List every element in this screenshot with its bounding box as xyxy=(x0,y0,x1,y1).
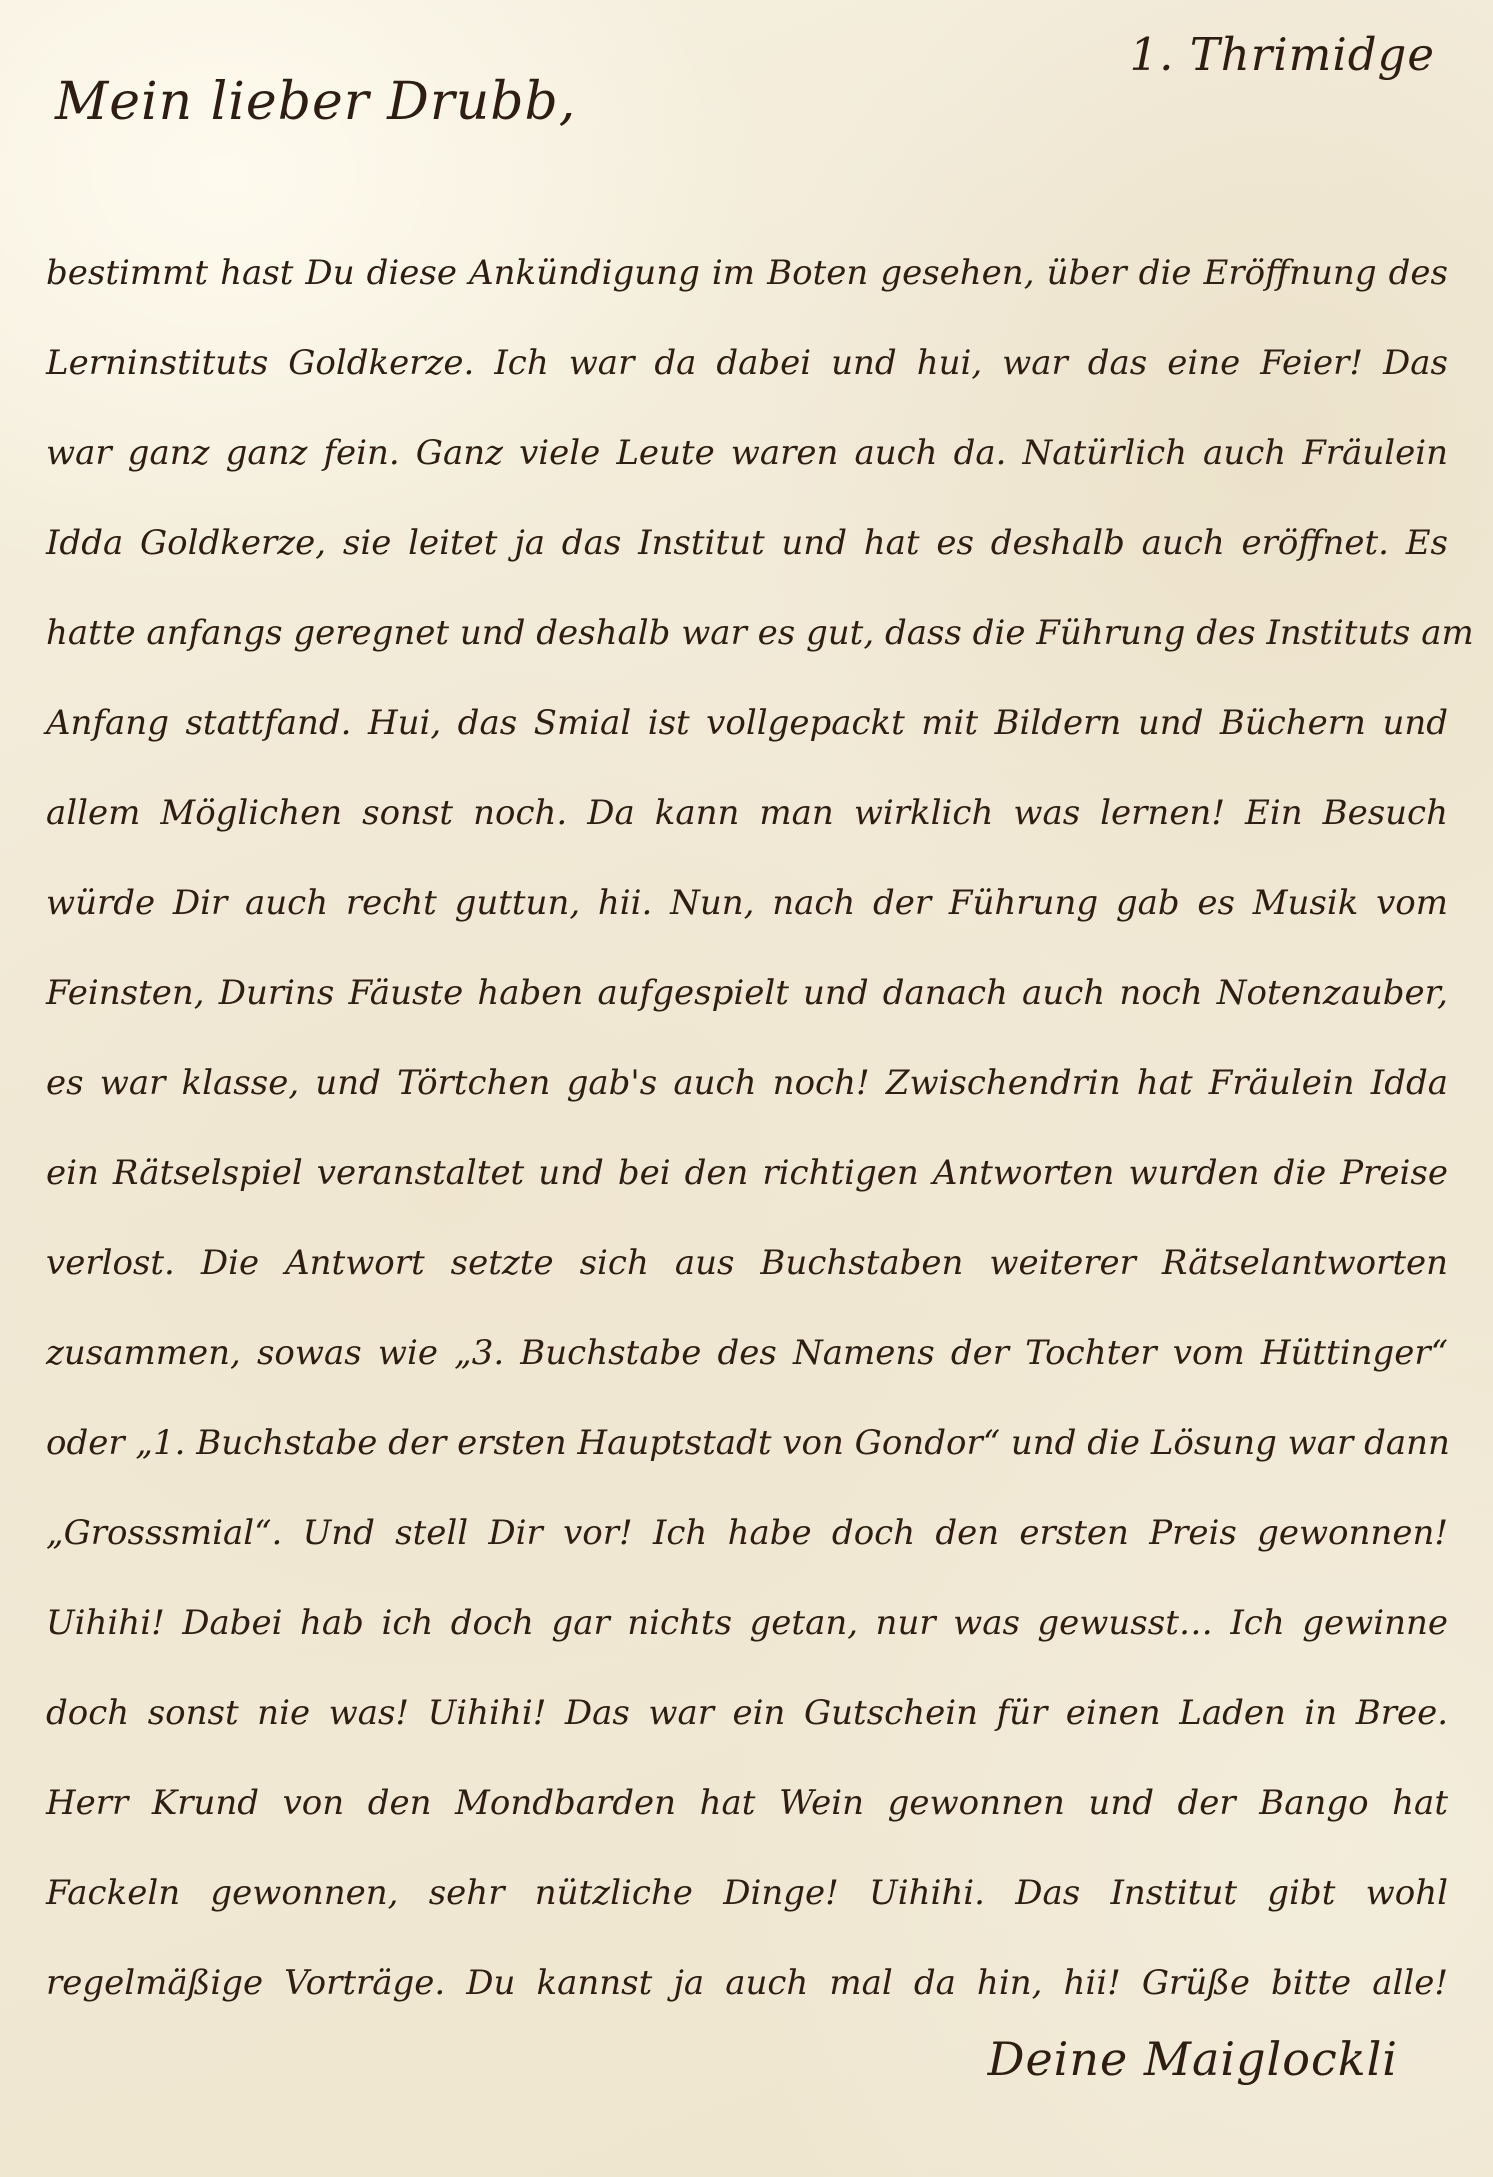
body-line: regelmäßige Vorträge. Du kannst ja auch … xyxy=(46,1938,1448,2028)
body-line: würde Dir auch recht guttun, hii. Nun, n… xyxy=(46,858,1448,948)
body-line: Idda Goldkerze, sie leitet ja das Instit… xyxy=(46,498,1448,588)
body-line: es war klasse, und Törtchen gab's auch n… xyxy=(46,1038,1448,1128)
body-line: verlost. Die Antwort setzte sich aus Buc… xyxy=(46,1218,1448,1308)
body-line: doch sonst nie was! Uihihi! Das war ein … xyxy=(46,1668,1448,1758)
letter-signature: Deine Maiglockli xyxy=(988,2032,1398,2086)
letter-body: bestimmt hast Du diese Ankündigung im Bo… xyxy=(46,228,1448,2028)
body-line: hatte anfangs geregnet und deshalb war e… xyxy=(46,588,1448,678)
body-line: zusammen, sowas wie „3. Buchstabe des Na… xyxy=(46,1308,1448,1398)
body-line: Fackeln gewonnen, sehr nützliche Dinge! … xyxy=(46,1848,1448,1938)
body-line: Feinsten, Durins Fäuste haben aufgespiel… xyxy=(46,948,1448,1038)
body-line: Anfang stattfand. Hui, das Smial ist vol… xyxy=(46,678,1448,768)
body-line: war ganz ganz fein. Ganz viele Leute war… xyxy=(46,408,1448,498)
body-line: Uihihi! Dabei hab ich doch gar nichts ge… xyxy=(46,1578,1448,1668)
letter-salutation: Mein lieber Drubb, xyxy=(55,72,576,132)
body-line: Herr Krund von den Mondbarden hat Wein g… xyxy=(46,1758,1448,1848)
body-line: ein Rätselspiel veranstaltet und bei den… xyxy=(46,1128,1448,1218)
body-line: allem Möglichen sonst noch. Da kann man … xyxy=(46,768,1448,858)
body-line: oder „1. Buchstabe der ersten Hauptstadt… xyxy=(46,1398,1448,1488)
letter-page: 1. Thrimidge Mein lieber Drubb, bestimmt… xyxy=(0,0,1493,2177)
body-line: „Grosssmial“. Und stell Dir vor! Ich hab… xyxy=(46,1488,1448,1578)
letter-date: 1. Thrimidge xyxy=(1130,28,1435,81)
body-line: bestimmt hast Du diese Ankündigung im Bo… xyxy=(46,228,1448,318)
body-line: Lerninstituts Goldkerze. Ich war da dabe… xyxy=(46,318,1448,408)
